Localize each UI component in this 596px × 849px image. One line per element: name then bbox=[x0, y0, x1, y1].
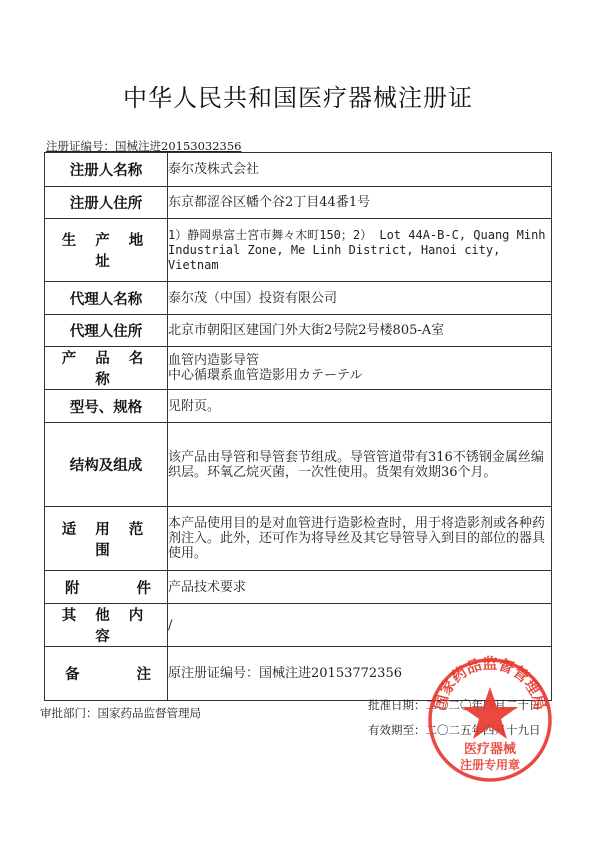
label-remarks: 备注 bbox=[45, 647, 168, 701]
value-registrant-name: 泰尔茂株式会社 bbox=[168, 153, 552, 187]
label-product-name: 产 品 名 称 bbox=[45, 347, 168, 390]
approval-department: 审批部门：国家药品监督管理局 bbox=[40, 705, 201, 721]
value-other: / bbox=[168, 604, 552, 647]
certificate-table: 注册人名称 泰尔茂株式会社 注册人住所 东京都涩谷区幡个谷2丁目44番1号 生 … bbox=[44, 152, 552, 701]
value-model-spec: 见附页。 bbox=[168, 390, 552, 423]
row-agent-address: 代理人住所 北京市朝阳区建国门外大街2号院2号楼805-A室 bbox=[45, 315, 552, 347]
value-structure: 该产品由导管和导管套节组成。导管管道带有316不锈钢金属丝编织层。环氧乙烷灭菌，… bbox=[168, 423, 552, 507]
label-agent-address: 代理人住所 bbox=[45, 315, 168, 347]
row-agent-name: 代理人名称 泰尔茂（中国）投资有限公司 bbox=[45, 282, 552, 315]
row-remarks: 备注 原注册证编号：国械注进20153772356 bbox=[45, 647, 552, 701]
value-scope: 本产品使用目的是对血管进行造影检查时，用于将造影剂或各种药剂注入。此外，还可作为… bbox=[168, 507, 552, 571]
row-production-address: 生 产 地 址 1）静岡県富士宮市舞々木町150；2） Lot 44A-B-C,… bbox=[45, 219, 552, 282]
row-registrant-name: 注册人名称 泰尔茂株式会社 bbox=[45, 153, 552, 187]
seal-inner-line1: 医疗器械 bbox=[464, 741, 517, 757]
approval-date: 批准日期：二〇二〇年四月二十日 bbox=[368, 697, 541, 713]
product-name-jp: 中心循環系血管造影用カテーテル bbox=[168, 368, 551, 383]
seal-inner-line2: 注册专用章 bbox=[460, 757, 520, 772]
row-scope: 适 用 范 围 本产品使用目的是对血管进行造影检查时，用于将造影剂或各种药剂注入… bbox=[45, 507, 552, 571]
label-structure: 结构及组成 bbox=[45, 423, 168, 507]
row-structure: 结构及组成 该产品由导管和导管套节组成。导管管道带有316不锈钢金属丝编织层。环… bbox=[45, 423, 552, 507]
label-other: 其 他 内 容 bbox=[45, 604, 168, 647]
value-registrant-address: 东京都涩谷区幡个谷2丁目44番1号 bbox=[168, 187, 552, 219]
label-scope: 适 用 范 围 bbox=[45, 507, 168, 571]
valid-until: 有效期至：二〇二五年四月十九日 bbox=[368, 722, 541, 738]
value-remarks: 原注册证编号：国械注进20153772356 bbox=[168, 647, 552, 701]
product-name-cn: 血管内造影导管 bbox=[168, 353, 551, 368]
value-production-address: 1）静岡県富士宮市舞々木町150；2） Lot 44A-B-C, Quang M… bbox=[168, 219, 552, 282]
production-address-text: 1）静岡県富士宮市舞々木町150；2） Lot 44A-B-C, Quang M… bbox=[168, 228, 546, 272]
row-registrant-address: 注册人住所 东京都涩谷区幡个谷2丁目44番1号 bbox=[45, 187, 552, 219]
row-product-name: 产 品 名 称 血管内造影导管 中心循環系血管造影用カテーテル bbox=[45, 347, 552, 390]
label-attachment: 附件 bbox=[45, 571, 168, 604]
label-agent-name: 代理人名称 bbox=[45, 282, 168, 315]
label-registrant-name: 注册人名称 bbox=[45, 153, 168, 187]
value-attachment: 产品技术要求 bbox=[168, 571, 552, 604]
value-product-name: 血管内造影导管 中心循環系血管造影用カテーテル bbox=[168, 347, 552, 390]
row-other: 其 他 内 容 / bbox=[45, 604, 552, 647]
value-agent-name: 泰尔茂（中国）投资有限公司 bbox=[168, 282, 552, 315]
label-production-address: 生 产 地 址 bbox=[45, 219, 168, 282]
document-title: 中华人民共和国医疗器械注册证 bbox=[0, 78, 596, 113]
value-agent-address: 北京市朝阳区建国门外大街2号院2号楼805-A室 bbox=[168, 315, 552, 347]
row-model-spec: 型号、规格 见附页。 bbox=[45, 390, 552, 423]
label-model-spec: 型号、规格 bbox=[45, 390, 168, 423]
label-registrant-address: 注册人住所 bbox=[45, 187, 168, 219]
row-attachment: 附件 产品技术要求 bbox=[45, 571, 552, 604]
